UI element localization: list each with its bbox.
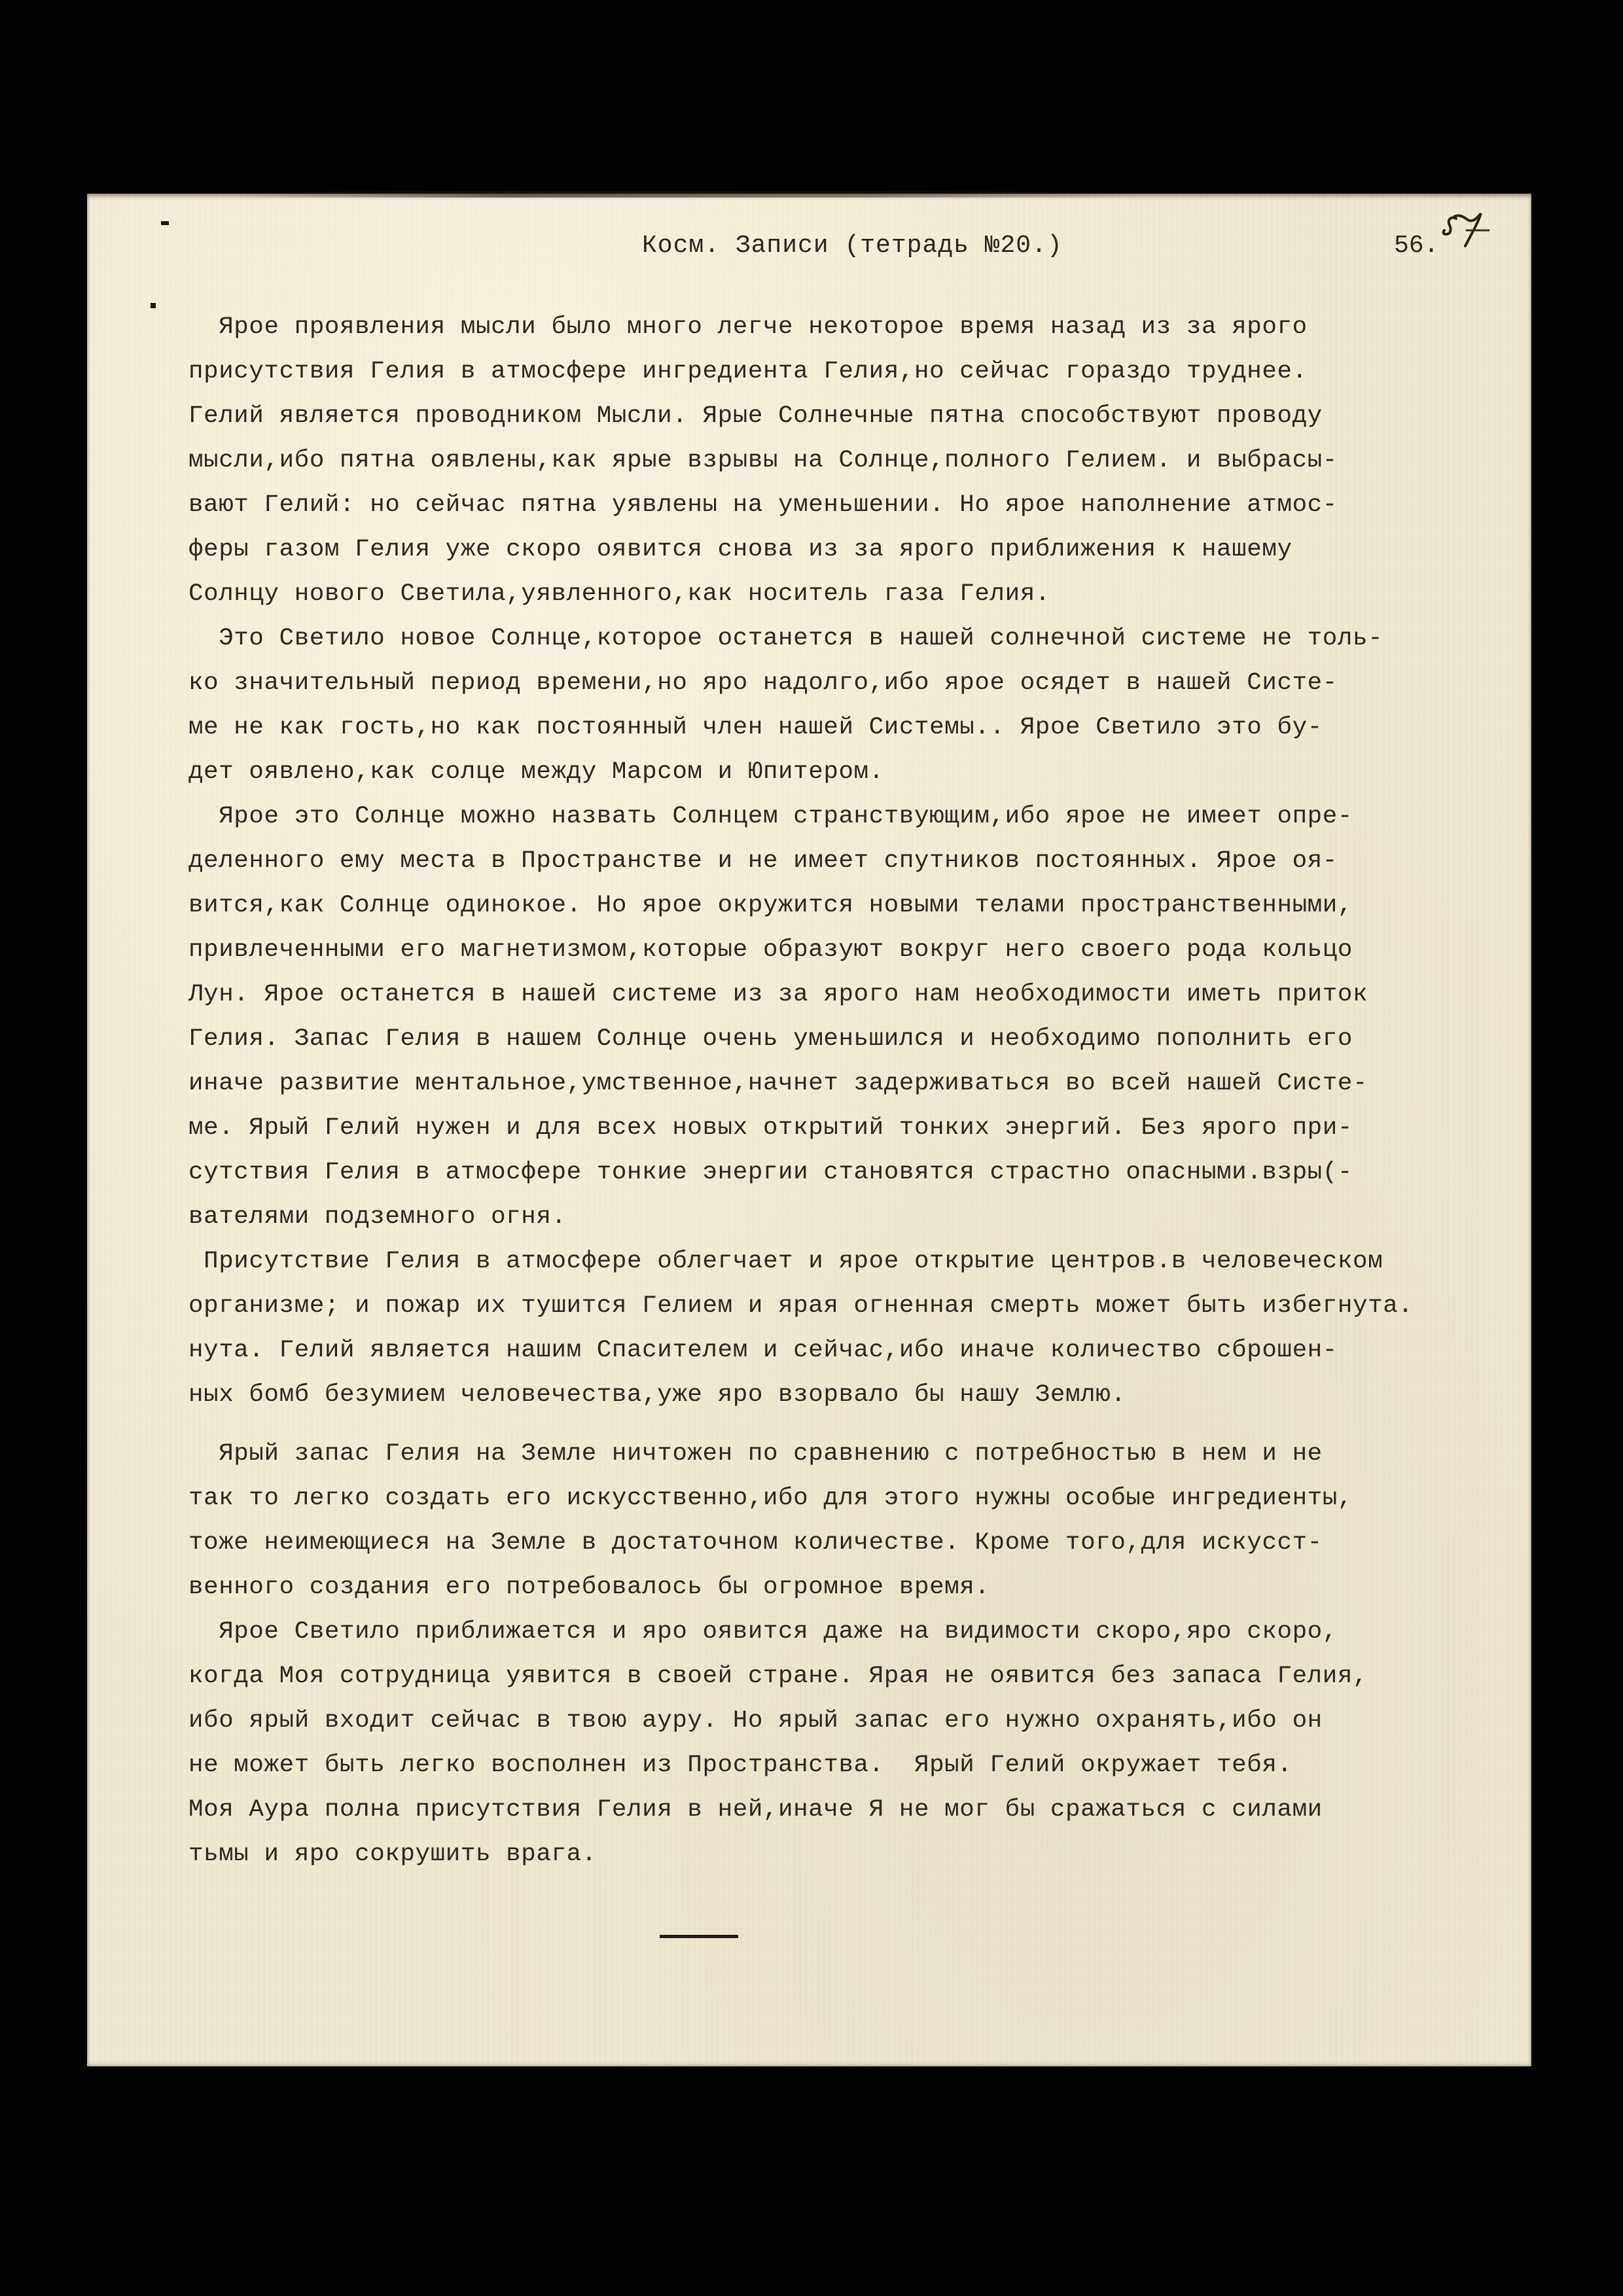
text-line: Это Светило новое Солнце,которое останет… [188,616,1537,661]
paragraph: Ярое Светило приближается и яро оявится … [188,1610,1537,1877]
text-line: деленного ему места в Пространстве и не … [188,839,1537,883]
text-line: организме; и пожар их тушится Гелием и я… [188,1284,1537,1328]
paragraph: Присутствие Гелия в атмосфере облегчает … [188,1239,1537,1417]
text-line: Ярое Светило приближается и яро оявится … [188,1610,1537,1654]
text-line: присутствия Гелия в атмосфере ингредиент… [188,349,1537,394]
paper-edge-wear [231,191,1147,198]
text-line: Солнцу нового Светила,уявленного,как нос… [188,572,1537,616]
text-line: ме не как гость,но как постоянный член н… [188,705,1537,750]
text-line: Ярое проявления мысли было много легче н… [188,305,1537,349]
text-line: привлеченными его магнетизмом,которые об… [188,928,1537,972]
text-line: иначе развитие ментальное,умственное,нач… [188,1061,1537,1106]
document-body: Ярое проявления мысли было много легче н… [188,305,1537,1877]
page-header: Косм. Записи (тетрадь №20.) 56. [87,232,1531,271]
text-line: тьмы и яро сокрушить врага. [188,1832,1537,1877]
text-line: ме. Ярый Гелий нужен и для всех новых от… [188,1106,1537,1150]
end-separator-line [660,1935,738,1938]
text-line: феры газом Гелия уже скоро оявится снова… [188,527,1537,572]
text-line: ибо ярый входит сейчас в твою ауру. Но я… [188,1699,1537,1743]
text-line: Гелий является проводником Мысли. Ярые С… [188,394,1537,438]
text-line: Присутствие Гелия в атмосфере облегчает … [188,1239,1537,1284]
text-line: Моя Аура полна присутствия Гелия в ней,и… [188,1788,1537,1832]
text-line: вают Гелий: но сейчас пятна уявлены на у… [188,483,1537,527]
text-line: не может быть легко восполнен из Простра… [188,1743,1537,1788]
text-line: Гелия. Запас Гелия в нашем Солнце очень … [188,1017,1537,1061]
text-line: дет оявлено,как солце между Марсом и Юпи… [188,750,1537,794]
text-line: мысли,ибо пятна оявлены,как ярые взрывы … [188,438,1537,483]
paragraph: Ярое это Солнце можно назвать Солнцем ст… [188,794,1537,1239]
text-line: вится,как Солнце одинокое. Но ярое окруж… [188,883,1537,928]
text-line: венного создания его потребовалось бы ог… [188,1565,1537,1610]
text-line: ко значительный период времени,но яро на… [188,661,1537,705]
paragraph: Ярое проявления мысли было много легче н… [188,305,1537,616]
text-line: когда Моя сотрудница уявится в своей стр… [188,1654,1537,1699]
handwritten-page-number-icon [1442,208,1494,254]
text-line: нута. Гелий является нашим Спасителем и … [188,1328,1537,1373]
stray-mark [151,303,156,308]
document-title: Косм. Записи (тетрадь №20.) [642,232,1063,260]
text-line: Ярое это Солнце можно назвать Солнцем ст… [188,794,1537,839]
typed-page-number: 56. [1394,232,1438,260]
text-line: сутствия Гелия в атмосфере тонкие энерги… [188,1150,1537,1195]
text-line: Ярый запас Гелия на Земле ничтожен по ср… [188,1432,1537,1476]
paragraph: Ярый запас Гелия на Земле ничтожен по ср… [188,1432,1537,1610]
text-line: вателями подземного огня. [188,1195,1537,1239]
text-line: так то легко создать его искусственно,иб… [188,1476,1537,1521]
paragraph: Это Светило новое Солнце,которое останет… [188,616,1537,794]
text-line: ных бомб безумием человечества,уже яро в… [188,1373,1537,1417]
text-line: Лун. Ярое останется в нашей системе из з… [188,972,1537,1017]
text-line: тоже неимеющиеся на Земле в достаточном … [188,1521,1537,1565]
document-page: Косм. Записи (тетрадь №20.) 56. Ярое про… [87,194,1531,2066]
stray-mark [161,221,169,225]
